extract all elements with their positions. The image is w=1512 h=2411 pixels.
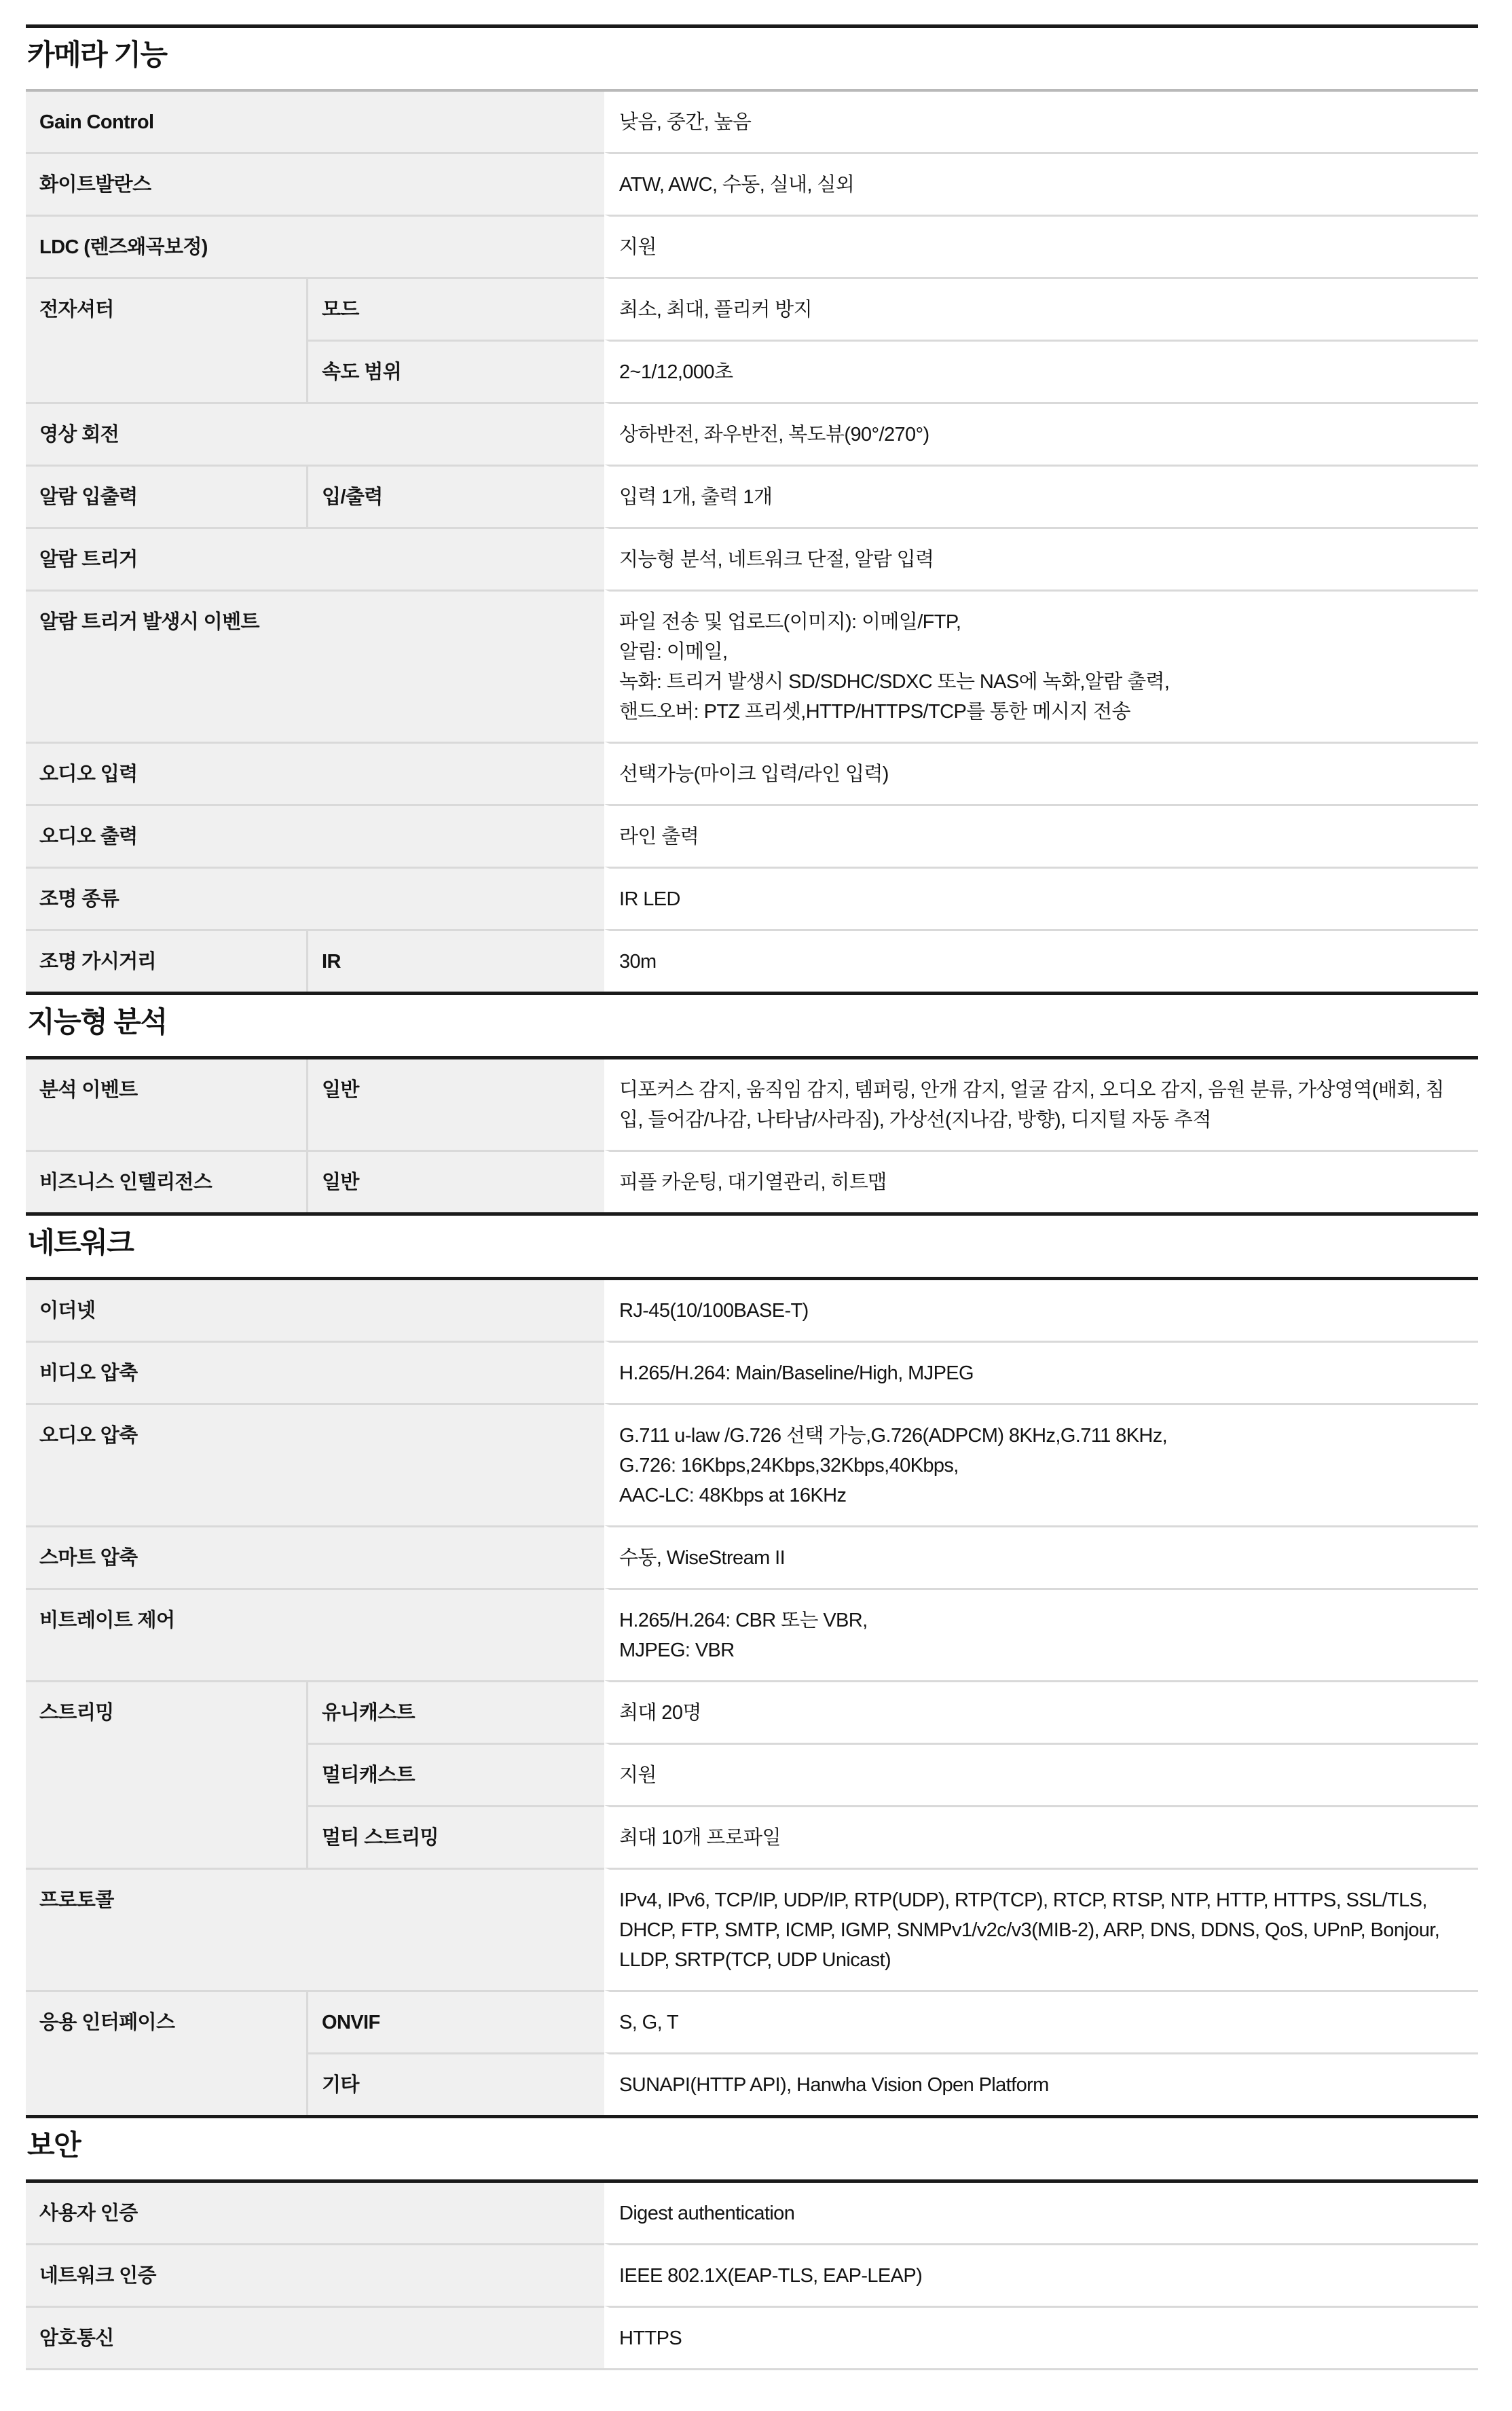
spec-label: 전자셔터 (26, 277, 306, 402)
spec-value: 파일 전송 및 업로드(이미지): 이메일/FTP, 알림: 이메일, 녹화: … (604, 590, 1478, 742)
spec-value: H.265/H.264: CBR 또는 VBR, MJPEG: VBR (604, 1588, 1478, 1680)
spec-label: 프로토콜 (26, 1868, 604, 1990)
spec-value: IPv4, IPv6, TCP/IP, UDP/IP, RTP(UDP), RT… (604, 1868, 1478, 1990)
spec-row: 응용 인터페이스ONVIFS, G, T (26, 1990, 1478, 2052)
spec-table: Gain Control낮음, 중간, 높음화이트발란스ATW, AWC, 수동… (26, 89, 1478, 995)
spec-table: 사용자 인증Digest authentication네트워크 인증IEEE 8… (26, 2179, 1478, 2370)
spec-row: 오디오 출력라인 출력 (26, 804, 1478, 867)
spec-row: 프로토콜IPv4, IPv6, TCP/IP, UDP/IP, RTP(UDP)… (26, 1868, 1478, 1990)
spec-label: 이더넷 (26, 1280, 604, 1341)
spec-row: 이더넷RJ-45(10/100BASE-T) (26, 1280, 1478, 1341)
spec-row: 비트레이트 제어H.265/H.264: CBR 또는 VBR, MJPEG: … (26, 1588, 1478, 1680)
spec-subcategory: 입/출력 (306, 465, 604, 527)
spec-value: H.265/H.264: Main/Baseline/High, MJPEG (604, 1341, 1478, 1403)
spec-label: 화이트발란스 (26, 152, 604, 215)
spec-label: LDC (렌즈왜곡보정) (26, 215, 604, 277)
spec-label: 비디오 압축 (26, 1341, 604, 1403)
spec-value: IR LED (604, 867, 1478, 929)
spec-value: 최대 20명 (604, 1680, 1478, 1743)
spec-subcategory: 기타 (306, 2052, 604, 2115)
spec-subcategory: 멀티 스트리밍 (306, 1805, 604, 1868)
spec-label: 사용자 인증 (26, 2183, 604, 2243)
spec-label: 스트리밍 (26, 1680, 306, 1868)
page-top-rule (26, 24, 1478, 28)
spec-sheet: 카메라 기능Gain Control낮음, 중간, 높음화이트발란스ATW, A… (0, 0, 1512, 2411)
spec-subcategory: ONVIF (306, 1990, 604, 2052)
spec-value: 최소, 최대, 플리커 방지 (604, 277, 1478, 340)
spec-row: 조명 가시거리IR30m (26, 929, 1478, 992)
spec-table: 이더넷RJ-45(10/100BASE-T)비디오 압축H.265/H.264:… (26, 1277, 1478, 2118)
spec-value: 라인 출력 (604, 804, 1478, 867)
spec-value: 30m (604, 929, 1478, 992)
spec-subcategory: 멀티캐스트 (306, 1743, 604, 1805)
spec-value: S, G, T (604, 1990, 1478, 2052)
spec-row: 조명 종류IR LED (26, 867, 1478, 929)
section-title: 지능형 분석 (27, 1005, 1478, 1039)
spec-value: 낮음, 중간, 높음 (604, 92, 1478, 152)
spec-label: 조명 종류 (26, 867, 604, 929)
spec-label: 알람 트리거 발생시 이벤트 (26, 590, 604, 742)
spec-row: 오디오 입력선택가능(마이크 입력/라인 입력) (26, 742, 1478, 804)
spec-row: 스트리밍유니캐스트최대 20명 (26, 1680, 1478, 1743)
spec-value: 2~1/12,000초 (604, 340, 1478, 402)
section-title: 카메라 기능 (27, 38, 1478, 72)
spec-value: 피플 카운팅, 대기열관리, 히트맵 (604, 1150, 1478, 1212)
spec-value: 지원 (604, 1743, 1478, 1805)
spec-value: 지능형 분석, 네트워크 단절, 알람 입력 (604, 527, 1478, 590)
spec-value: IEEE 802.1X(EAP-TLS, EAP-LEAP) (604, 2243, 1478, 2306)
spec-table: 분석 이벤트일반디포커스 감지, 움직임 감지, 템퍼링, 안개 감지, 얼굴 … (26, 1056, 1478, 1216)
spec-label: 알람 트리거 (26, 527, 604, 590)
spec-subcategory: 일반 (306, 1150, 604, 1212)
spec-label: 비트레이트 제어 (26, 1588, 604, 1680)
spec-row: 알람 트리거 발생시 이벤트파일 전송 및 업로드(이미지): 이메일/FTP,… (26, 590, 1478, 742)
spec-label: 오디오 출력 (26, 804, 604, 867)
spec-label: Gain Control (26, 92, 604, 152)
spec-value: 선택가능(마이크 입력/라인 입력) (604, 742, 1478, 804)
spec-label: 비즈니스 인텔리전스 (26, 1150, 306, 1212)
section-title: 보안 (27, 2128, 1478, 2162)
spec-row: 암호통신HTTPS (26, 2306, 1478, 2368)
spec-label: 암호통신 (26, 2306, 604, 2368)
spec-value: ATW, AWC, 수동, 실내, 실외 (604, 152, 1478, 215)
spec-row: Gain Control낮음, 중간, 높음 (26, 92, 1478, 152)
spec-row: 오디오 압축G.711 u-law /G.726 선택 가능,G.726(ADP… (26, 1403, 1478, 1525)
spec-label: 오디오 압축 (26, 1403, 604, 1525)
spec-value: 디포커스 감지, 움직임 감지, 템퍼링, 안개 감지, 얼굴 감지, 오디오 … (604, 1059, 1478, 1150)
spec-value: 최대 10개 프로파일 (604, 1805, 1478, 1868)
spec-subcategory: 일반 (306, 1059, 604, 1150)
spec-subcategory: 모드 (306, 277, 604, 340)
spec-row: 비즈니스 인텔리전스일반피플 카운팅, 대기열관리, 히트맵 (26, 1150, 1478, 1212)
spec-row: LDC (렌즈왜곡보정)지원 (26, 215, 1478, 277)
spec-row: 사용자 인증Digest authentication (26, 2183, 1478, 2243)
spec-row: 분석 이벤트일반디포커스 감지, 움직임 감지, 템퍼링, 안개 감지, 얼굴 … (26, 1059, 1478, 1150)
spec-value: Digest authentication (604, 2183, 1478, 2243)
spec-row: 스마트 압축수동, WiseStream II (26, 1525, 1478, 1588)
spec-label: 분석 이벤트 (26, 1059, 306, 1150)
spec-label: 응용 인터페이스 (26, 1990, 306, 2115)
spec-value: 수동, WiseStream II (604, 1525, 1478, 1588)
spec-row: 전자셔터모드최소, 최대, 플리커 방지 (26, 277, 1478, 340)
spec-label: 스마트 압축 (26, 1525, 604, 1588)
spec-value: SUNAPI(HTTP API), Hanwha Vision Open Pla… (604, 2052, 1478, 2115)
spec-row: 영상 회전상하반전, 좌우반전, 복도뷰(90°/270°) (26, 402, 1478, 465)
spec-subcategory: 속도 범위 (306, 340, 604, 402)
spec-value: 지원 (604, 215, 1478, 277)
spec-label: 네트워크 인증 (26, 2243, 604, 2306)
spec-label: 영상 회전 (26, 402, 604, 465)
spec-label: 조명 가시거리 (26, 929, 306, 992)
spec-row: 비디오 압축H.265/H.264: Main/Baseline/High, M… (26, 1341, 1478, 1403)
spec-value: G.711 u-law /G.726 선택 가능,G.726(ADPCM) 8K… (604, 1403, 1478, 1525)
spec-row: 알람 트리거지능형 분석, 네트워크 단절, 알람 입력 (26, 527, 1478, 590)
spec-label: 알람 입출력 (26, 465, 306, 527)
spec-subcategory: IR (306, 929, 604, 992)
spec-value: 상하반전, 좌우반전, 복도뷰(90°/270°) (604, 402, 1478, 465)
spec-subcategory: 유니캐스트 (306, 1680, 604, 1743)
spec-value: RJ-45(10/100BASE-T) (604, 1280, 1478, 1341)
spec-label: 오디오 입력 (26, 742, 604, 804)
spec-row: 화이트발란스ATW, AWC, 수동, 실내, 실외 (26, 152, 1478, 215)
spec-value: HTTPS (604, 2306, 1478, 2368)
spec-value: 입력 1개, 출력 1개 (604, 465, 1478, 527)
spec-row: 알람 입출력입/출력입력 1개, 출력 1개 (26, 465, 1478, 527)
spec-row: 네트워크 인증IEEE 802.1X(EAP-TLS, EAP-LEAP) (26, 2243, 1478, 2306)
section-title: 네트워크 (27, 1226, 1478, 1260)
